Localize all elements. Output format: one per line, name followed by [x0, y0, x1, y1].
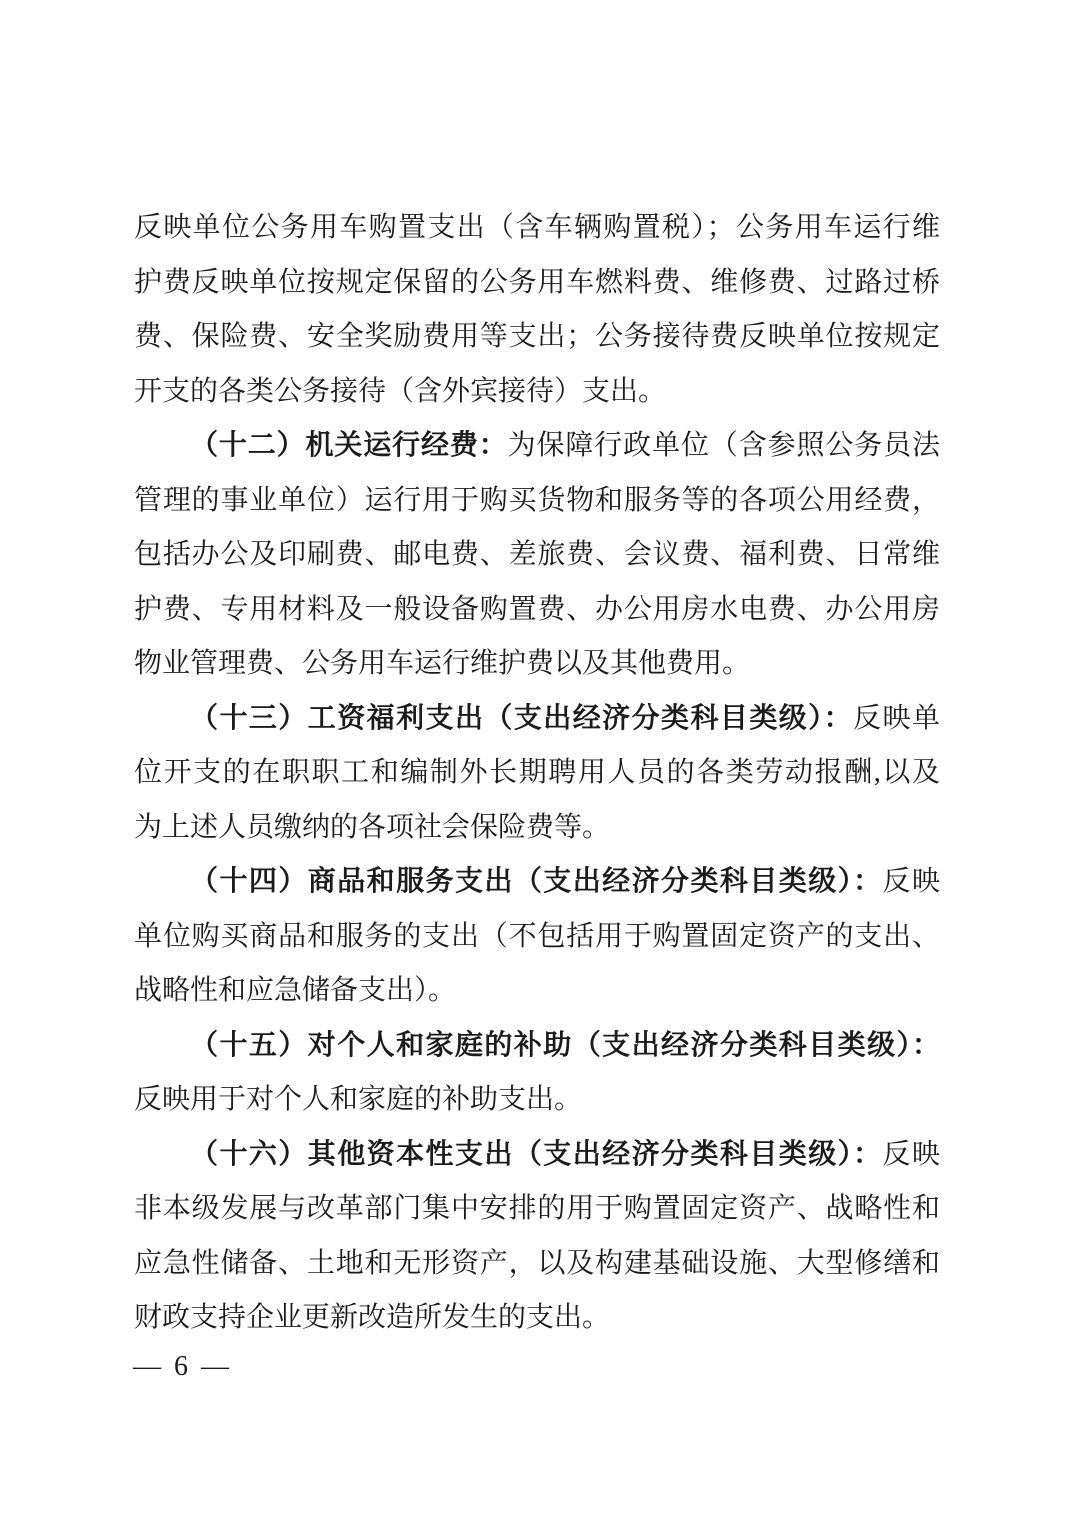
clause-heading: （十二）机关运行经费：: [190, 430, 508, 461]
text-line: 护费反映单位按规定保留的公务用车燃料费、维修费、过路过桥: [134, 256, 940, 311]
document-page: 反映单位公务用车购置支出（含车辆购置税）；公务用车运行维护费反映单位按规定保留的…: [0, 0, 1074, 1520]
text-line: （十六）其他资本性支出（支出经济分类科目类级）：反映: [134, 1128, 940, 1183]
text-line: （十四）商品和服务支出（支出经济分类科目类级）：反映: [134, 855, 940, 910]
text-line: 位开支的在职职工和编制外长期聘用人员的各类劳动报酬,以及: [134, 746, 940, 801]
text-line: 费、保险费、安全奖励费用等支出；公务接待费反映单位按规定: [134, 310, 940, 365]
text-line: 物业管理费、公务用车运行维护费以及其他费用。: [134, 637, 940, 692]
text-line: 为上述人员缴纳的各项社会保险费等。: [134, 801, 940, 856]
paragraph: 反映单位公务用车购置支出（含车辆购置税）；公务用车运行维护费反映单位按规定保留的…: [134, 201, 940, 419]
page-number: — 6 —: [133, 1350, 232, 1384]
paragraph: （十三）工资福利支出（支出经济分类科目类级）：反映单位开支的在职职工和编制外长期…: [134, 692, 940, 856]
clause-heading: （十六）其他资本性支出（支出经济分类科目类级）：: [190, 1139, 883, 1170]
text-line: 应急性储备、土地和无形资产，以及构建基础设施、大型修缮和: [134, 1237, 940, 1292]
text-line: 非本级发展与改革部门集中安排的用于购置固定资产、战略性和: [134, 1182, 940, 1237]
text-line: 反映单位公务用车购置支出（含车辆购置税）；公务用车运行维: [134, 201, 940, 256]
text-line: （十三）工资福利支出（支出经济分类科目类级）：反映单: [134, 692, 940, 747]
text-line: （十二）机关运行经费：为保障行政单位（含参照公务员法: [134, 419, 940, 474]
paragraph: （十六）其他资本性支出（支出经济分类科目类级）：反映非本级发展与改革部门集中安排…: [134, 1128, 940, 1346]
text-line: 开支的各类公务接待（含外宾接待）支出。: [134, 365, 940, 420]
paragraph: （十五）对个人和家庭的补助（支出经济分类科目类级）：反映用于对个人和家庭的补助支…: [134, 1019, 940, 1128]
document-body: 反映单位公务用车购置支出（含车辆购置税）；公务用车运行维护费反映单位按规定保留的…: [134, 201, 940, 1346]
clause-heading: （十五）对个人和家庭的补助（支出经济分类科目类级）：: [190, 1030, 940, 1061]
text-line: 反映用于对个人和家庭的补助支出。: [134, 1073, 940, 1128]
paragraph: （十二）机关运行经费：为保障行政单位（含参照公务员法管理的事业单位）运行用于购买…: [134, 419, 940, 692]
text-line: 战略性和应急储备支出）。: [134, 964, 940, 1019]
text-line: 财政支持企业更新改造所发生的支出。: [134, 1291, 940, 1346]
text-line: 护费、专用材料及一般设备购置费、办公用房水电费、办公用房: [134, 583, 940, 638]
paragraph: （十四）商品和服务支出（支出经济分类科目类级）：反映单位购买商品和服务的支出（不…: [134, 855, 940, 1019]
text-line: 包括办公及印刷费、邮电费、差旅费、会议费、福利费、日常维: [134, 528, 940, 583]
clause-heading: （十三）工资福利支出（支出经济分类科目类级）：: [190, 703, 853, 734]
text-line: （十五）对个人和家庭的补助（支出经济分类科目类级）：: [134, 1019, 940, 1074]
text-line: 单位购买商品和服务的支出（不包括用于购置固定资产的支出、: [134, 910, 940, 965]
text-line: 管理的事业单位）运行用于购买货物和服务等的各项公用经费，: [134, 474, 940, 529]
clause-heading: （十四）商品和服务支出（支出经济分类科目类级）：: [190, 866, 883, 897]
